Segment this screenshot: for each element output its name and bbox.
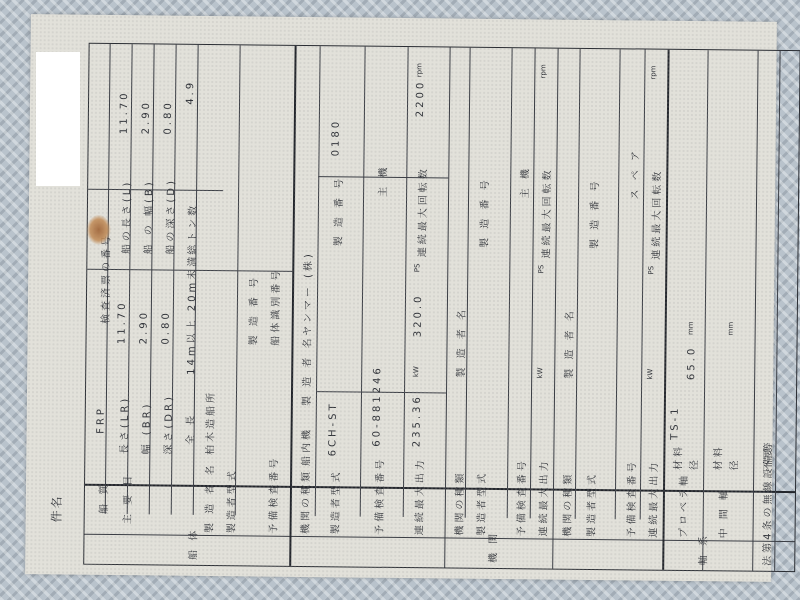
engine-serial-value: 0180	[330, 119, 341, 157]
engine-preinspection-value: 60-881246	[371, 365, 383, 447]
ship-length-label: 船の長さ(L)	[117, 180, 133, 255]
hull-col	[235, 45, 241, 515]
engine-col	[315, 46, 321, 516]
divider-hull-engine	[289, 46, 296, 566]
length-label: 長さ(LR)	[115, 396, 131, 454]
form-frame: 船 質 FRP 検査済票の番号 主 要 目 長さ(LR) 11.70 幅 (BR…	[83, 43, 800, 572]
engine2-max-output-label: 連続最大出力	[535, 458, 551, 536]
engine-role-label: 主 機	[374, 165, 389, 197]
divider-engine-1-2	[444, 47, 451, 567]
intermediate-shaft-label: 中 間 軸	[715, 487, 731, 539]
divider-engine-2-3	[552, 49, 559, 569]
engine-max-output-ps: 320.0	[413, 293, 424, 337]
engine-model-value: 6CH-ST	[327, 401, 339, 456]
propeller-material-value: TS-1	[670, 405, 681, 440]
engine-type-label: 機関の種類	[297, 469, 313, 534]
intermediate-mm-unit: mm	[727, 322, 735, 336]
engine-serial-label: 製 造 番 号	[330, 176, 346, 247]
breadth-label: 幅 (BR)	[137, 401, 153, 454]
propeller-diameter-value: 65.0	[686, 346, 697, 380]
engine3-manufacturer-label: 製 造 者 名	[560, 308, 576, 379]
engine-preinspection-label: 予備検査番号	[371, 457, 387, 535]
propeller-mm-unit: mm	[687, 321, 695, 335]
depth-label: 深さ(DR)	[159, 394, 175, 455]
engine-manufacturer-label: 製 造 者 名	[298, 335, 314, 406]
redaction-box	[36, 52, 80, 186]
inspection-document: 船 質 FRP 検査済票の番号 主 要 目 長さ(LR) 11.70 幅 (BR…	[25, 14, 777, 582]
document-title: 件名	[48, 494, 65, 522]
hull-section-label: 船 体	[184, 528, 199, 560]
engine3-preinspection-label: 予備検査番号	[623, 459, 639, 537]
registration-label: 検査済票の番号	[97, 233, 113, 324]
ship-depth-label: 船の深さ(D)	[161, 178, 177, 255]
main-dimensions-label: 主 要 目	[119, 473, 135, 525]
engine-col	[360, 47, 366, 517]
propeller-diameter-label: 径	[685, 457, 700, 470]
engine-rpm-label: 連続最大回転数	[413, 166, 429, 257]
engine2-rpm-unit: rpm	[539, 64, 547, 78]
engine3-max-output-label: 連続最大出力	[645, 460, 661, 538]
hull-material-label: 船 質	[95, 482, 110, 514]
engine-rpm-unit: rpm	[415, 63, 423, 77]
engine2-manufacturer-label: 製 造 者 名	[452, 307, 468, 378]
divider-shaft-radio	[752, 51, 759, 571]
radio-col	[774, 51, 781, 571]
engine3-rpm-unit: rpm	[649, 65, 657, 79]
engine2-serial-label: 製 造 番 号	[476, 177, 492, 248]
engine-max-output-kw: 235.36	[411, 394, 423, 447]
engine2-col	[530, 48, 536, 518]
engine3-serial-label: 製 造 番 号	[586, 178, 602, 249]
hull-material-value: FRP	[96, 406, 107, 434]
hull-manufacturer-label: 製 造 者 名	[201, 462, 217, 533]
ship-depth-value: 0.80	[163, 100, 174, 134]
engine2-model-label: 製造者型式	[473, 471, 489, 536]
propeller-material-label: 材料	[669, 444, 684, 470]
engine3-col	[640, 50, 646, 520]
shaft-col	[702, 50, 709, 570]
depth-value: 0.80	[161, 310, 172, 344]
engine2-col	[465, 48, 471, 518]
engine-col	[403, 47, 409, 517]
propeller-shaft-label: プロペラ軸	[675, 473, 691, 538]
engine3-model-label: 製造者型式	[583, 472, 599, 537]
ship-breadth-label: 船 の 幅(B)	[139, 179, 155, 254]
engine2-kw-unit: kW	[536, 367, 544, 378]
hull-manufacturer-value: 柏木造船所	[201, 390, 217, 455]
hull-id-label: 船体識別番号	[266, 268, 282, 346]
radio-value: 不要	[759, 445, 774, 471]
overall-label: 全 長	[181, 413, 196, 445]
engine-max-output-label: 連続最大出力	[411, 457, 427, 535]
breadth-value: 2.90	[139, 310, 150, 344]
length-value: 11.70	[117, 300, 128, 344]
engine3-col	[575, 49, 581, 519]
gross-tonnage-value: 4.9	[185, 80, 196, 105]
engine-kw-unit: kW	[412, 366, 420, 377]
engine2-role-label: 主 機	[516, 166, 531, 198]
intermediate-diameter-label: 径	[725, 457, 740, 470]
ship-breadth-value: 2.90	[141, 100, 152, 134]
engine3-col	[615, 49, 621, 519]
shaft-section-label: 軸 系	[694, 533, 709, 565]
engine-section-label: 機 関	[484, 531, 499, 563]
engine2-rpm-label: 連続最大回転数	[537, 167, 553, 258]
engine2-col	[507, 48, 513, 518]
engine2-ps-unit: PS	[537, 265, 545, 274]
engine3-rpm-label: 連続最大回転数	[647, 169, 663, 260]
engine-model-label: 製造者型式	[327, 469, 343, 534]
engine3-ps-unit: PS	[647, 266, 655, 275]
hull-serial-label: 製 造 番 号	[244, 275, 260, 346]
engine-rpm-value: 2200	[415, 80, 426, 118]
gross-tonnage-label: 総トン数	[183, 203, 199, 255]
engine-manufacturer-value: ヤンマー (株)	[299, 251, 315, 336]
engine3-type-label: 機関の種類	[559, 472, 575, 537]
divider-engine-shaft	[662, 50, 669, 570]
overall-value: 14m以上 20m未満	[182, 254, 198, 375]
engine3-kw-unit: kW	[646, 369, 654, 380]
ship-length-value: 11.70	[119, 90, 130, 134]
engine-ps-unit: PS	[413, 263, 421, 272]
intermediate-material-label: 材料	[709, 444, 724, 470]
hull-model-label: 製造者型式	[223, 468, 239, 533]
hull-preinspection-label: 予備検査番号	[265, 456, 281, 534]
engine3-role-label: ス ペ ア	[626, 148, 642, 200]
engine2-preinspection-label: 予備検査番号	[513, 458, 529, 536]
engine2-type-label: 機関の種類	[451, 471, 467, 536]
engine-type-value: 船内機	[297, 427, 312, 466]
